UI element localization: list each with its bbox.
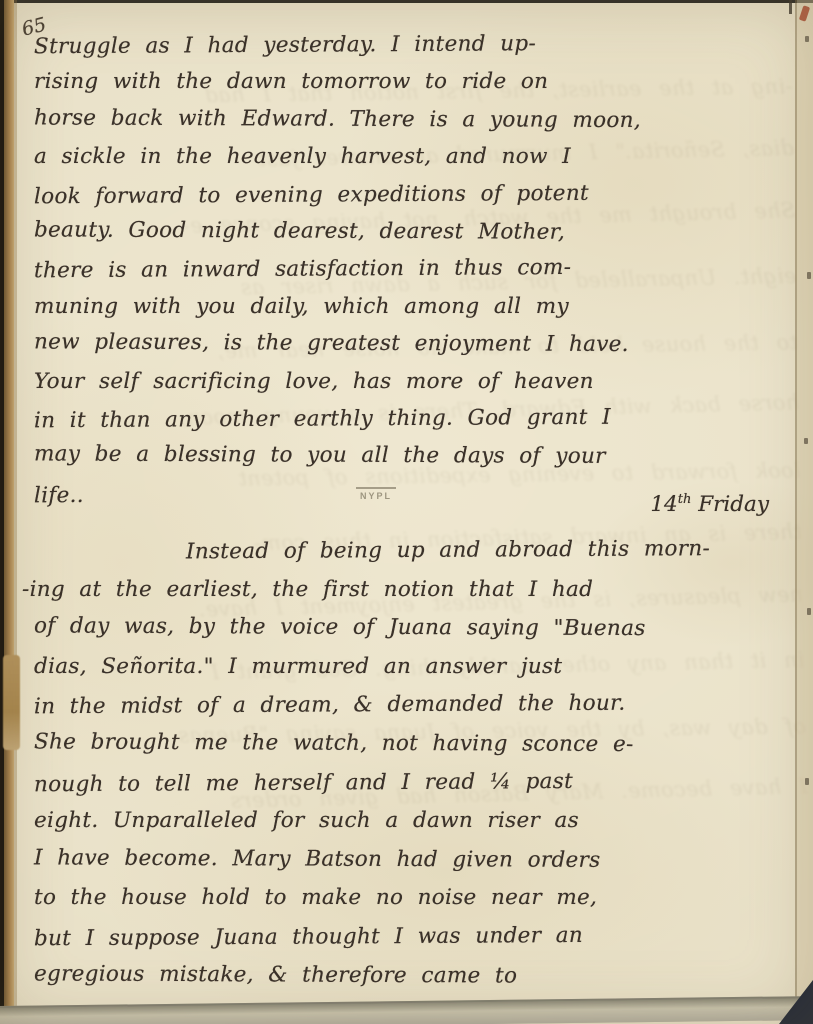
page-edge-fleck (804, 438, 808, 444)
library-stamp: NYPL (356, 487, 396, 501)
manuscript-line: of day was, by the voice of Juana saying… (34, 608, 778, 650)
manuscript-line: egregious mistake, & therefore came to (34, 955, 778, 997)
manuscript-line: new pleasures, is the greatest enjoyment… (34, 324, 778, 365)
manuscript-line: a sickle in the heavenly harvest, and no… (34, 138, 778, 175)
manuscript-line: Struggle as I had yesterday. I intend up… (34, 24, 778, 66)
stamp-text: NYPL (356, 491, 396, 501)
manuscript-line: She brought me the watch, not having sco… (34, 723, 778, 765)
manuscript-line: eight. Unparalleled for such a dawn rise… (34, 802, 778, 841)
page-edge-fleck (805, 778, 809, 785)
entry-date-heading: 14th Friday (650, 492, 769, 517)
manuscript-line: look forward to evening expeditions of p… (34, 173, 778, 215)
binding-edge (4, 0, 14, 1024)
date-day: 14 (650, 492, 677, 517)
manuscript-line: in it than any other earthly thing. God … (34, 398, 778, 440)
date-ordinal-suffix: th (678, 492, 692, 507)
manuscript-line: I have become. Mary Batson had given ord… (34, 839, 778, 881)
scan-bottom-edge (0, 996, 813, 1024)
manuscript-line: muning with you daily, which among all m… (34, 288, 778, 325)
page-edge-line (795, 0, 797, 1012)
scan-top-edge (0, 0, 813, 3)
manuscript-scan: -ing at the earliest, the first notion t… (0, 0, 813, 1024)
manuscript-line: dias, Señorita." I murmured an answer ju… (34, 648, 778, 687)
diary-entry-2: Instead of being up and abroad this morn… (34, 532, 778, 995)
paper-repair-patch (3, 655, 20, 750)
page-edge-fleck (805, 36, 809, 42)
manuscript-line: nough to tell me herself and I read ¼ pa… (34, 761, 778, 804)
manuscript-line: to the house hold to make no noise near … (34, 879, 778, 918)
manuscript-line: horse back with Edward. There is a young… (34, 99, 778, 140)
manuscript-line: Instead of being up and abroad this morn… (34, 530, 778, 573)
diary-entry-1: Struggle as I had yesterday. I intend up… (34, 26, 778, 512)
manuscript-line: in the midst of a dream, & demanded the … (34, 684, 778, 727)
manuscript-line: Your self sacrificing love, has more of … (34, 363, 778, 400)
manuscript-line: but I suppose Juana thought I was under … (34, 916, 778, 959)
binding-seam (14, 0, 17, 1024)
manuscript-line: beauty. Good night dearest, dearest Moth… (34, 211, 778, 252)
date-weekday: Friday (698, 492, 769, 517)
corner-tick-mark (789, 0, 792, 14)
stamp-rule (356, 487, 396, 489)
page-edge-fleck (807, 272, 811, 279)
underlying-page-edge (797, 0, 813, 1012)
manuscript-line: rising with the dawn tomorrow to ride on (34, 63, 778, 100)
manuscript-line: may be a blessing to you all the days of… (34, 436, 778, 477)
manuscript-line: there is an inward satisfaction in thus … (34, 248, 778, 290)
manuscript-line: -ing at the earliest, the first notion t… (22, 571, 778, 610)
page-edge-fleck (807, 608, 811, 615)
